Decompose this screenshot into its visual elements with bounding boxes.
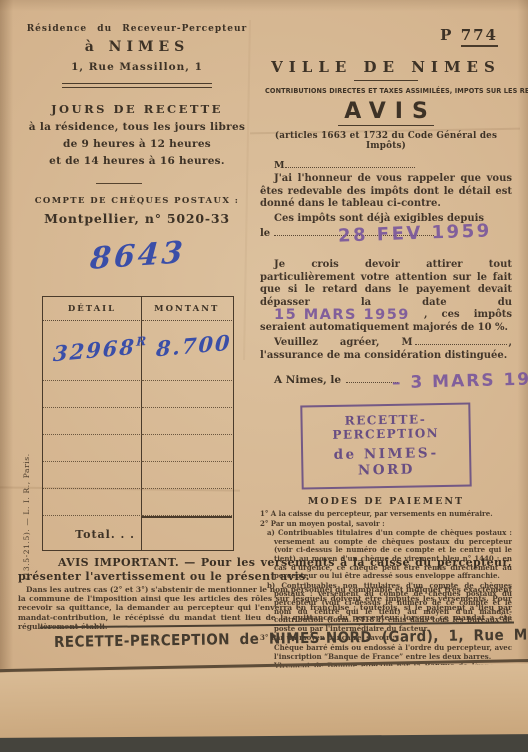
printer-imprint-vertical: (13.5-21.5). — L. I. R., Paris. [22, 350, 31, 580]
separator-rule [96, 183, 142, 184]
stamp-office-line2: de NIMES-NORD [307, 445, 466, 480]
underlying-sheet [0, 663, 528, 745]
office-stamp-box: RECETTE-PERCEPTION de NIMES-NORD [300, 403, 471, 490]
city-line: à NIMES [18, 39, 256, 55]
jours-line: et de 14 heures à 16 heures. [18, 155, 256, 167]
stamp-date-signature: – 3 MARS 1959 [392, 369, 528, 393]
city-title: VILLE DE NIMES [260, 58, 512, 76]
empty-cell [43, 462, 142, 489]
empty-cell [43, 408, 142, 435]
contributions-subtitle: CONTRIBUTIONS DIRECTES ET TAXES ASSIMILÉ… [265, 87, 507, 95]
detail-cell: 32968R [43, 321, 142, 381]
ccp-account: Montpellier, n° 5020-33 [18, 211, 256, 226]
avis-important-section: AVIS IMPORTANT. — Pour les versements à … [18, 556, 512, 631]
empty-cell [142, 462, 232, 489]
table-header-row: DÉTAIL MONTANT [43, 297, 233, 321]
modes-de-paiement-title: MODES DE PAIEMENT [260, 496, 512, 507]
dotted-leader [415, 336, 507, 345]
montant-cell: 8.700 [142, 321, 232, 381]
legal-articles-line: (articles 1663 et 1732 du Code Général d… [260, 131, 512, 151]
mode-item-2: 2° Par un moyen postal, savoir : [260, 520, 512, 529]
line-le-with-stamp: le 28 FEV 1959 [260, 227, 512, 257]
empty-cell [142, 381, 232, 408]
paragraph-rappel: J'ai l'honneur de vous rappeler que vous… [260, 173, 512, 211]
banner-office-address: RECETTE-PERCEPTION de NIMES-NORD (Gard),… [54, 626, 481, 651]
table-row [43, 381, 233, 408]
total-amount-cell [142, 516, 232, 550]
stamp-date-exigibilite: 28 FEV 1959 [338, 220, 492, 246]
jours-line: à la résidence, tous les jours libres [18, 121, 256, 133]
ccp-label: COMPTE DE CHÈQUES POSTAUX : [18, 196, 256, 206]
bottom-banner: RECETTE-PERCEPTION de NIMES-NORD (Gard),… [0, 624, 528, 651]
table-total-row: Total. . . [43, 516, 233, 550]
handwritten-article-number: 32968R [53, 333, 149, 366]
jours-line: de 9 heures à 12 heures [18, 138, 256, 150]
dotted-leader [285, 159, 415, 168]
residence-line: Résidence du Receveur-Percepteur [18, 24, 256, 34]
amount-table: DÉTAIL MONTANT 32968R 8.700 Total. . . [42, 296, 234, 551]
stamp-date-limite: 15 MARS 1959 [260, 310, 410, 320]
paragraph-politesse: Veuillez agréer, M, l'assurance de ma co… [260, 336, 512, 362]
column-header-montant: MONTANT [142, 297, 232, 321]
dotted-leader [346, 374, 398, 383]
avis-rule [338, 125, 434, 126]
empty-cell [142, 408, 232, 435]
empty-cell [43, 489, 142, 516]
table-row [43, 489, 233, 516]
street-line: 1, Rue Massillon, 1 [18, 61, 256, 73]
scanned-tax-notice: Résidence du Receveur-Percepteur à NIMES… [0, 0, 528, 752]
avis-heading: AVIS [260, 99, 512, 124]
stamp-office-line1: RECETTE-PERCEPTION [306, 412, 464, 443]
scan-background-strip [0, 734, 528, 752]
avis-important-bold: AVIS IMPORTANT. — Pour les versements à … [18, 556, 512, 583]
left-column: Résidence du Receveur-Percepteur à NIMES… [18, 24, 256, 271]
double-rule [62, 83, 212, 88]
salutation-line: M [274, 159, 512, 171]
title-rule [354, 80, 418, 81]
table-row [43, 462, 233, 489]
table-row: 32968R 8.700 [43, 321, 233, 381]
mode-item-1: 1° A la caisse du percepteur, par versem… [260, 510, 512, 519]
table-row [43, 408, 233, 435]
handwritten-reference-number: 8643 [89, 230, 257, 277]
empty-cell [43, 381, 142, 408]
handwritten-amount: 8.700 [155, 330, 232, 362]
empty-cell [142, 435, 232, 462]
sender-address: Résidence du Receveur-Percepteur à NIMES… [18, 24, 256, 73]
paragraph-majoration: Je crois devoir attirer tout particulièr… [260, 259, 512, 334]
jours-de-recette-title: JOURS DE RECETTE [18, 102, 256, 116]
table-row [43, 435, 233, 462]
total-label: Total. . . [43, 516, 142, 550]
date-place-line: A Nimes, le – 3 MARS 1959 [274, 374, 512, 396]
column-header-detail: DÉTAIL [43, 297, 142, 321]
empty-cell [142, 489, 232, 516]
empty-cell [43, 435, 142, 462]
form-number: P 774 [440, 26, 498, 44]
